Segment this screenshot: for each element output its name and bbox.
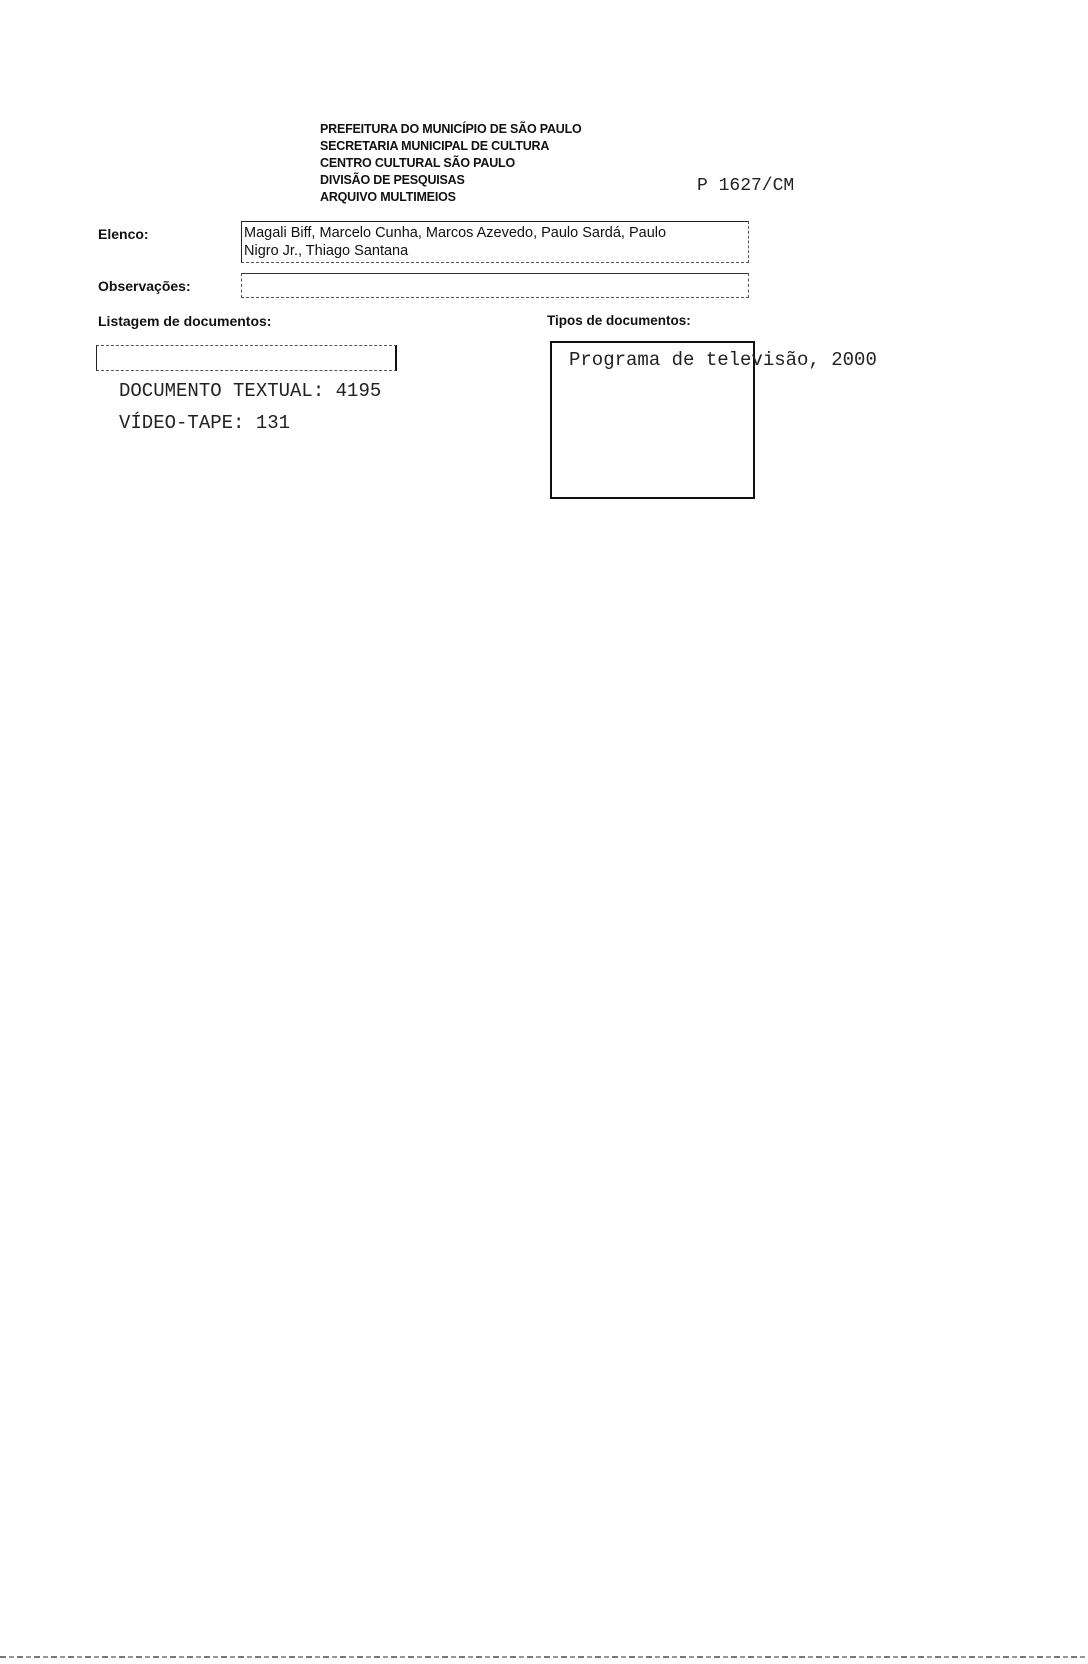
elenco-field: Magali Biff, Marcelo Cunha, Marcos Azeve…: [241, 221, 749, 263]
tipos-value: Programa de televisão, 2000: [569, 349, 877, 371]
elenco-value: Magali Biff, Marcelo Cunha, Marcos Azeve…: [242, 222, 748, 260]
listagem-box-value: [97, 346, 395, 348]
header-line-divisao: DIVISÃO DE PESQUISAS: [320, 172, 582, 189]
header-line-secretaria: SECRETARIA MUNICIPAL DE CULTURA: [320, 138, 582, 155]
elenco-value-line-2: Nigro Jr., Thiago Santana: [244, 242, 748, 260]
header-line-arquivo: ARQUIVO MULTIMEIOS: [320, 189, 582, 206]
institution-header: PREFEITURA DO MUNICÍPIO DE SÃO PAULO SEC…: [320, 121, 582, 206]
listagem-label: Listagem de documentos:: [98, 313, 271, 329]
tipos-label: Tipos de documentos:: [547, 313, 691, 328]
elenco-value-line-1: Magali Biff, Marcelo Cunha, Marcos Azeve…: [244, 224, 748, 242]
elenco-label: Elenco:: [98, 226, 149, 242]
observacoes-label: Observações:: [98, 278, 191, 294]
scan-bottom-edge: [0, 1656, 1088, 1658]
observacoes-field: [241, 273, 749, 298]
header-line-centro-cultural: CENTRO CULTURAL SÃO PAULO: [320, 155, 582, 172]
listagem-box: [96, 345, 397, 371]
reference-code: P 1627/CM: [697, 176, 794, 196]
observacoes-value: [242, 274, 748, 276]
header-line-prefeitura: PREFEITURA DO MUNICÍPIO DE SÃO PAULO: [320, 121, 582, 138]
listagem-item-documento-textual: DOCUMENTO TEXTUAL: 4195: [119, 380, 381, 402]
listagem-item-video-tape: VÍDEO-TAPE: 131: [119, 412, 290, 434]
